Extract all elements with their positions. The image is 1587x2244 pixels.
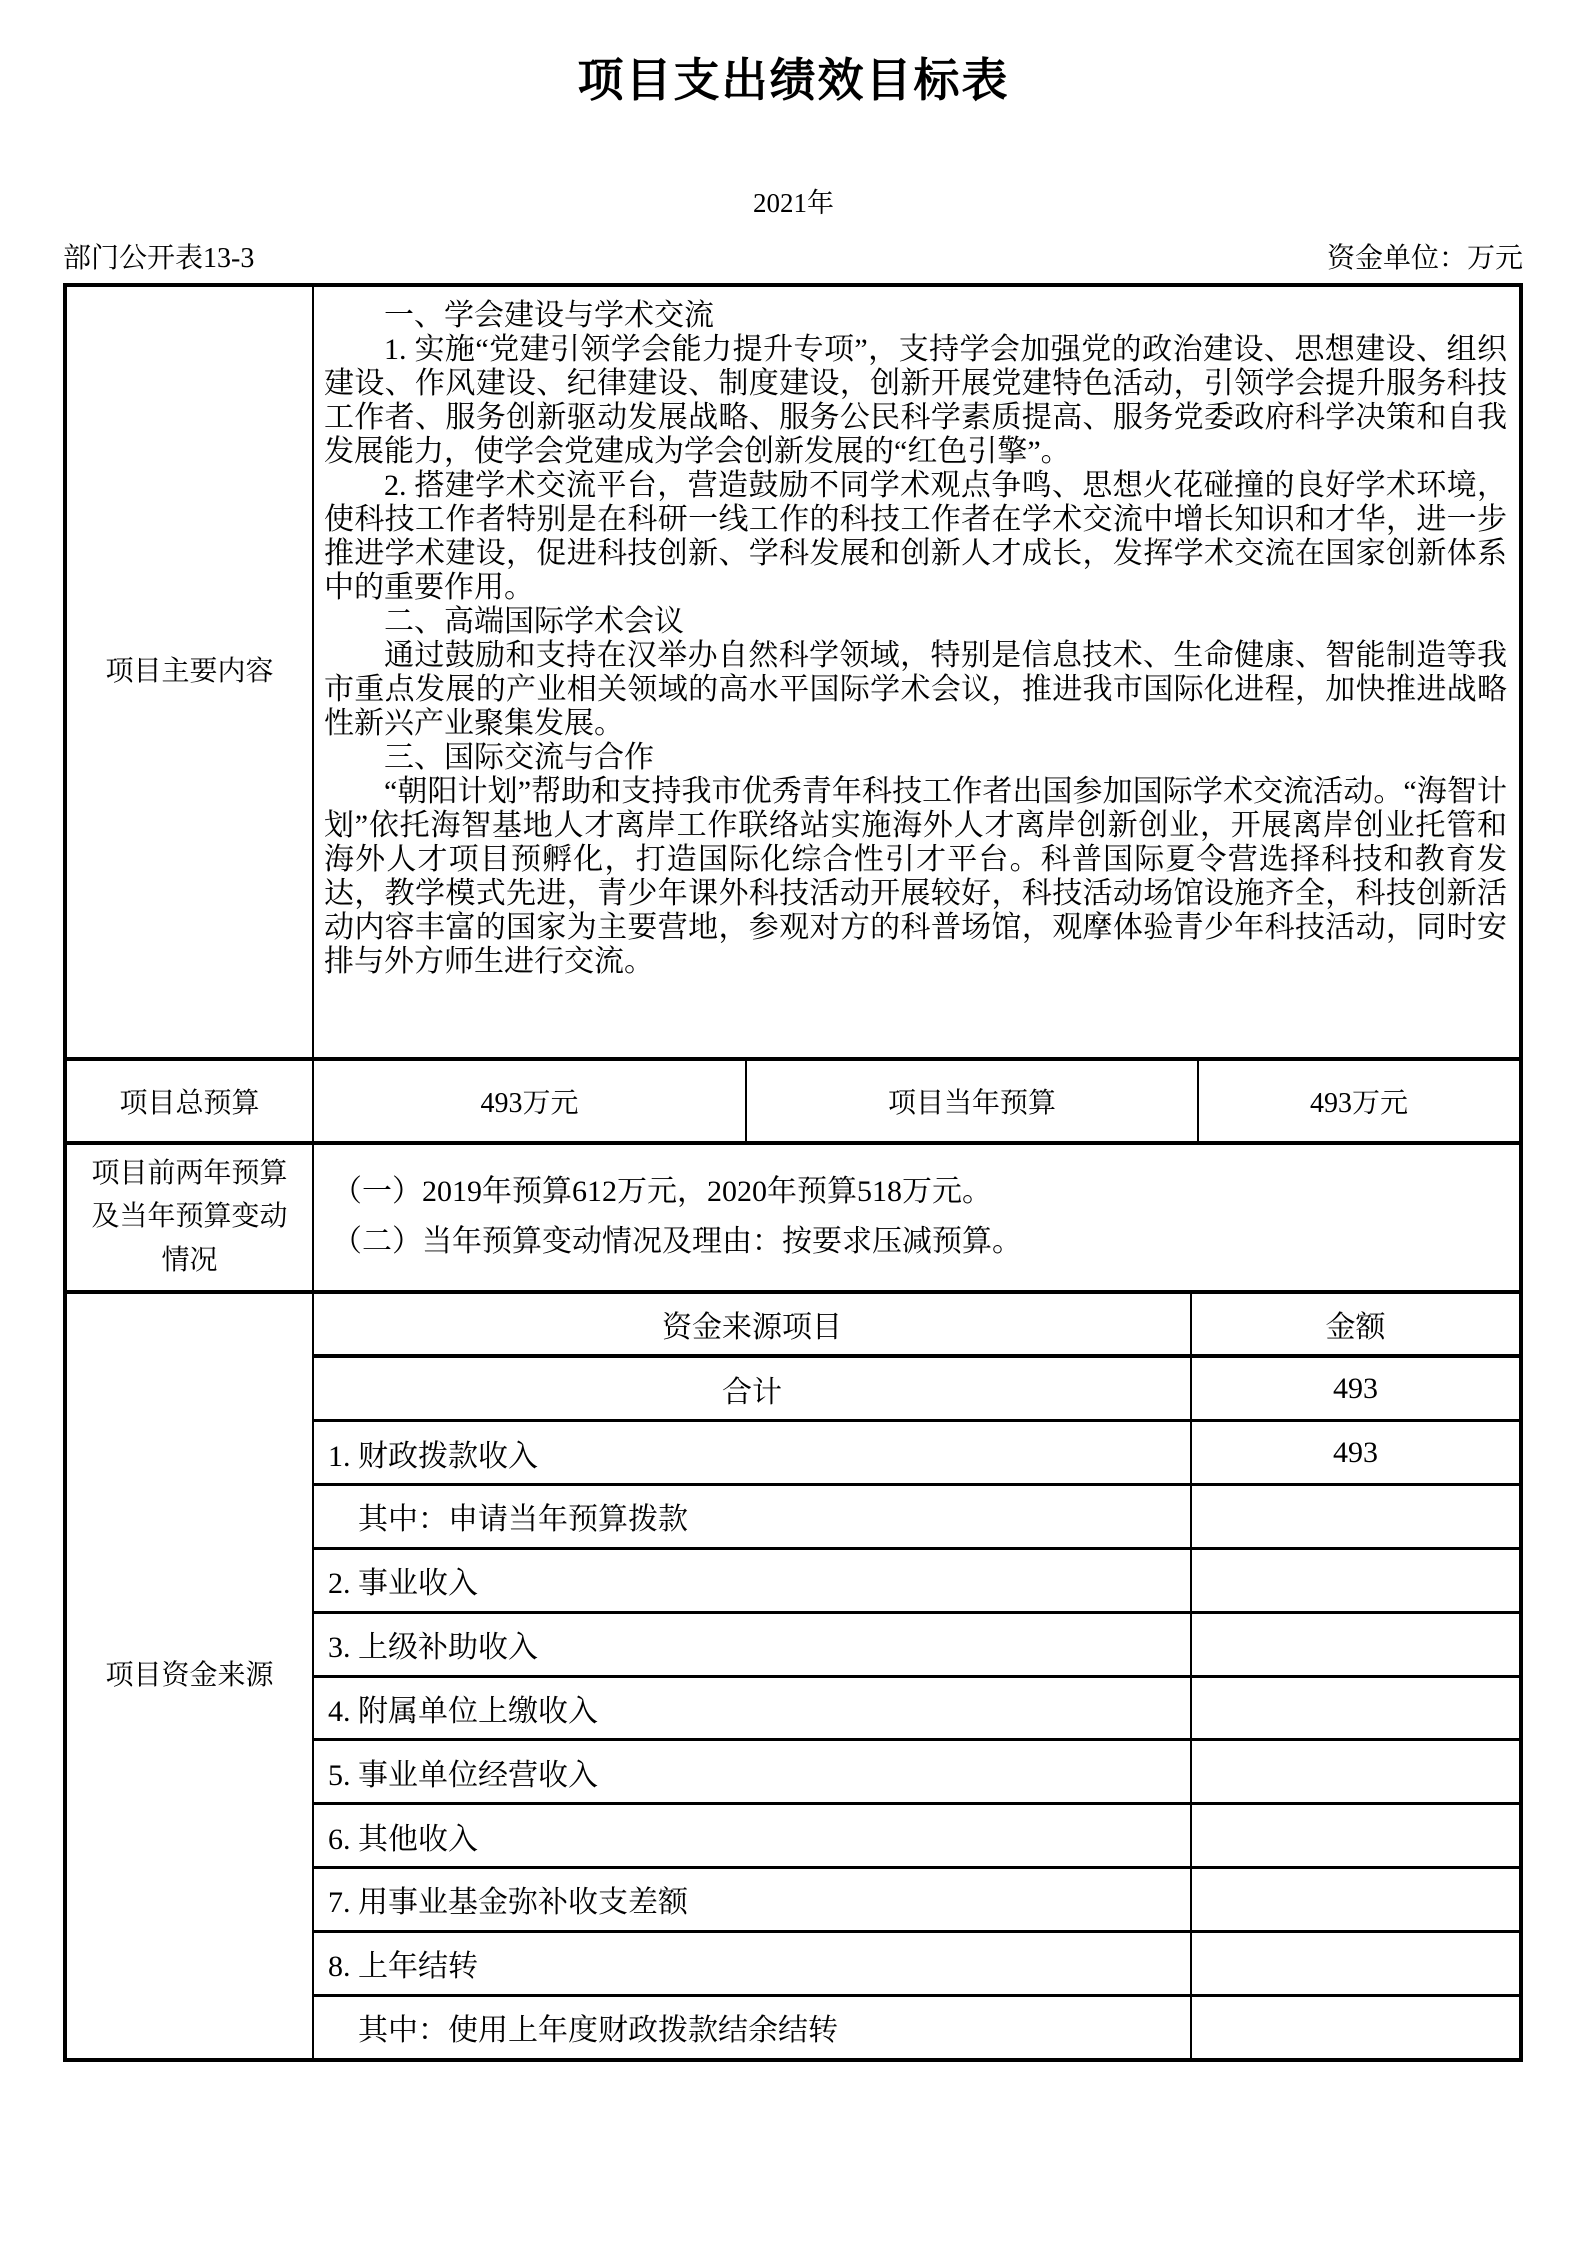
currency-unit-label: 资金单位：万元 <box>1327 236 1523 276</box>
prior-budget-label: 项目前两年预算 及当年预算变动 情况 <box>67 1145 314 1290</box>
funding-item-amount <box>1192 1486 1519 1547</box>
main-content-paragraph: 三、国际交流与合作 <box>324 741 1507 775</box>
funding-row: 1. 财政拨款收入 493 <box>314 1422 1519 1486</box>
funding-item-label: 5. 事业单位经营收入 <box>314 1741 1192 1802</box>
current-year-budget-label: 项目当年预算 <box>747 1061 1199 1141</box>
funding-header-amount: 金额 <box>1192 1294 1519 1355</box>
funding-item-label: 3. 上级补助收入 <box>314 1614 1192 1675</box>
funding-item-label: 其中：申请当年预算拨款 <box>314 1486 1192 1547</box>
funding-item-label: 8. 上年结转 <box>314 1933 1192 1994</box>
funding-row: 6. 其他收入 <box>314 1805 1519 1869</box>
page-title: 项目支出绩效目标表 <box>0 0 1587 107</box>
funding-item-label: 6. 其他收入 <box>314 1805 1192 1866</box>
funding-item-amount <box>1192 1997 1519 2058</box>
main-content-paragraph: 2. 搭建学术交流平台，营造鼓励不同学术观点争鸣、思想火花碰撞的良好学术环境，使… <box>324 469 1507 605</box>
main-content-paragraph: 1. 实施“党建引领学会能力提升专项”，支持学会加强党的政治建设、思想建设、组织… <box>324 333 1507 469</box>
funding-item-amount <box>1192 1805 1519 1866</box>
form-number-label: 部门公开表13-3 <box>63 236 254 276</box>
funding-row: 其中：使用上年度财政拨款结余结转 <box>314 1997 1519 2058</box>
prior-budget-line: （一）2019年预算612万元，2020年预算518万元。 <box>332 1167 1519 1217</box>
meta-row: 部门公开表13-3 资金单位：万元 <box>63 236 1523 276</box>
current-year-budget-value: 493万元 <box>1199 1061 1519 1141</box>
funding-row: 2. 事业收入 <box>314 1550 1519 1614</box>
funding-item-amount: 493 <box>1192 1422 1519 1483</box>
funding-header-row: 资金来源项目 金额 <box>314 1294 1519 1359</box>
funding-item-label: 7. 用事业基金弥补收支差额 <box>314 1869 1192 1930</box>
main-content-row: 项目主要内容 一、学会建设与学术交流 1. 实施“党建引领学会能力提升专项”，支… <box>67 287 1519 1061</box>
funding-item-amount: 493 <box>1192 1358 1519 1419</box>
main-content-paragraph: 一、学会建设与学术交流 <box>324 299 1507 333</box>
funding-item-label: 其中：使用上年度财政拨款结余结转 <box>314 1997 1192 2058</box>
funding-item-amount <box>1192 1678 1519 1739</box>
main-content-text: 一、学会建设与学术交流 1. 实施“党建引领学会能力提升专项”，支持学会加强党的… <box>314 287 1519 1057</box>
funding-row: 3. 上级补助收入 <box>314 1614 1519 1678</box>
funding-header-item: 资金来源项目 <box>314 1294 1192 1355</box>
funding-item-label: 2. 事业收入 <box>314 1550 1192 1611</box>
budget-row: 项目总预算 493万元 项目当年预算 493万元 <box>67 1061 1519 1145</box>
funding-table: 资金来源项目 金额 合计 493 1. 财政拨款收入 493 其中：申请当年预算… <box>314 1294 1519 2058</box>
prior-budget-row: 项目前两年预算 及当年预算变动 情况 （一）2019年预算612万元，2020年… <box>67 1145 1519 1294</box>
funding-item-amount <box>1192 1550 1519 1611</box>
funding-item-label: 合计 <box>314 1358 1192 1419</box>
performance-target-table: 项目主要内容 一、学会建设与学术交流 1. 实施“党建引领学会能力提升专项”，支… <box>63 283 1523 2062</box>
funding-item-amount <box>1192 1869 1519 1930</box>
funding-row: 7. 用事业基金弥补收支差额 <box>314 1869 1519 1933</box>
funding-item-amount <box>1192 1933 1519 1994</box>
main-content-paragraph: 二、高端国际学术会议 <box>324 605 1507 639</box>
funding-item-amount <box>1192 1741 1519 1802</box>
funding-item-label: 1. 财政拨款收入 <box>314 1422 1192 1483</box>
prior-budget-line: （二）当年预算变动情况及理由：按要求压减预算。 <box>332 1217 1519 1267</box>
prior-budget-text: （一）2019年预算612万元，2020年预算518万元。 （二）当年预算变动情… <box>314 1145 1519 1290</box>
main-content-paragraph: 通过鼓励和支持在汉举办自然科学领域，特别是信息技术、生命健康、智能制造等我市重点… <box>324 639 1507 741</box>
funding-row: 8. 上年结转 <box>314 1933 1519 1997</box>
funding-row: 4. 附属单位上缴收入 <box>314 1678 1519 1742</box>
page-subtitle: 2021年 <box>0 181 1587 220</box>
funding-item-amount <box>1192 1614 1519 1675</box>
main-content-paragraph: “朝阳计划”帮助和支持我市优秀青年科技工作者出国参加国际学术交流活动。“海智计划… <box>324 775 1507 979</box>
funding-item-label: 4. 附属单位上缴收入 <box>314 1678 1192 1739</box>
main-content-label: 项目主要内容 <box>67 287 314 1057</box>
funding-row: 5. 事业单位经营收入 <box>314 1741 1519 1805</box>
funding-row: 合计 493 <box>314 1358 1519 1422</box>
total-budget-label: 项目总预算 <box>67 1061 314 1141</box>
funding-label: 项目资金来源 <box>67 1294 314 2058</box>
total-budget-value: 493万元 <box>314 1061 747 1141</box>
funding-row: 其中：申请当年预算拨款 <box>314 1486 1519 1550</box>
funding-row-group: 项目资金来源 资金来源项目 金额 合计 493 1. 财政拨款收入 493 其中… <box>67 1294 1519 2058</box>
